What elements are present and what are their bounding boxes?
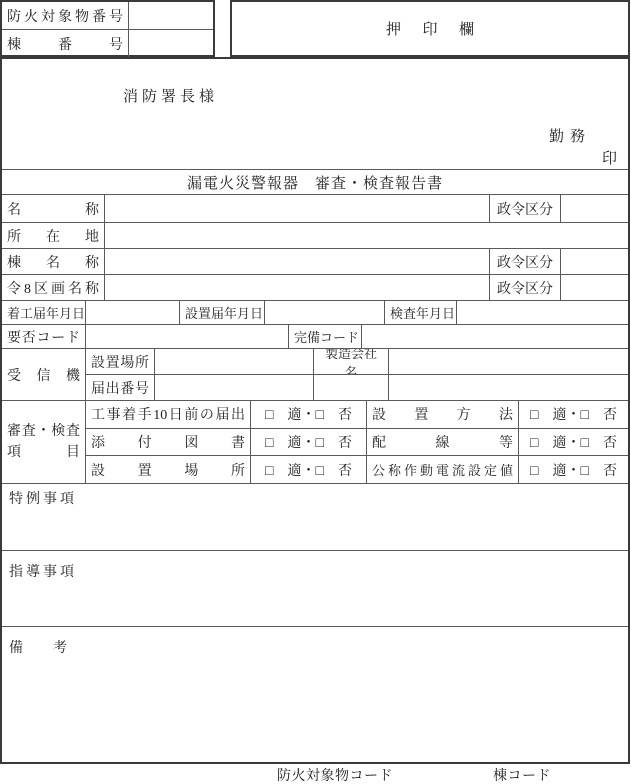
special-provisions-area[interactable]: 特例事項 bbox=[2, 483, 628, 550]
building-name-label-cell: 棟名称 bbox=[2, 249, 105, 274]
inspection-row-1: 工事着手10日前の届出 □ 適・□ 否 設置方法 □ 適・□ 否 bbox=[86, 401, 628, 428]
building-name-label: 棟名称 bbox=[7, 252, 99, 272]
construction-start-date-input[interactable] bbox=[86, 301, 180, 324]
object-number-table: 防火対象物番号 棟番号 bbox=[0, 0, 215, 57]
seal-stamp-area[interactable]: 押印欄 bbox=[230, 0, 630, 57]
item-rated-current-label-cell: 公称作動電流設定値 bbox=[367, 456, 519, 483]
codes-row: 要否コード 完備コード bbox=[2, 324, 628, 348]
building-number-row: 棟番号 bbox=[2, 29, 213, 57]
item-wiring-label: 配線等 bbox=[372, 432, 513, 452]
item-wiring-passfail[interactable]: □ 適・□ 否 bbox=[519, 429, 628, 456]
building-number-label: 棟番号 bbox=[7, 34, 123, 54]
gov-class-label-cell-1: 政令区分 bbox=[490, 195, 561, 222]
rei8-block-input[interactable] bbox=[105, 275, 490, 300]
item-wiring-label-cell: 配線等 bbox=[367, 429, 519, 456]
fire-object-code-label: 防火対象物コード bbox=[277, 765, 393, 784]
address-input[interactable] bbox=[105, 223, 628, 248]
building-number-label-cell: 棟番号 bbox=[2, 30, 129, 57]
gov-class-label-3: 政令区分 bbox=[497, 278, 553, 298]
necessity-code-label: 要否コード bbox=[7, 327, 80, 347]
completeness-code-label: 完備コード bbox=[294, 327, 356, 346]
rei8-block-label-cell: 令8区画名称 bbox=[2, 275, 105, 300]
necessity-code-label-cell: 要否コード bbox=[2, 325, 86, 348]
gov-class-input-2[interactable] bbox=[561, 249, 628, 274]
item-rated-current-passfail[interactable]: □ 適・□ 否 bbox=[519, 456, 628, 483]
inspection-section-label-cell: 審査・検査 項目 bbox=[2, 401, 86, 483]
receiver-subtable: 設置場所 製造会社名 届出番号 bbox=[86, 349, 628, 400]
inspection-items-grid: 工事着手10日前の届出 □ 適・□ 否 設置方法 □ 適・□ 否 添付図書 □ … bbox=[86, 401, 628, 483]
fire-object-number-label: 防火対象物番号 bbox=[7, 6, 123, 26]
guidance-items-label: 指導事項 bbox=[9, 561, 77, 581]
item-rated-current-label: 公称作動電流設定値 bbox=[372, 460, 513, 479]
name-label-cell: 名称 bbox=[2, 195, 105, 222]
receiver-extra-cell[interactable] bbox=[314, 375, 389, 400]
completeness-code-label-cell: 完備コード bbox=[289, 325, 362, 348]
completeness-code-input[interactable] bbox=[362, 325, 628, 348]
name-label: 名称 bbox=[7, 199, 99, 219]
report-no-label-cell: 届出番号 bbox=[86, 375, 155, 400]
fire-object-number-row: 防火対象物番号 bbox=[2, 2, 213, 29]
inspection-date-input[interactable] bbox=[457, 301, 628, 324]
item-attached-docs-passfail[interactable]: □ 適・□ 否 bbox=[251, 429, 367, 456]
report-no-label: 届出番号 bbox=[91, 378, 149, 398]
address-label-cell: 所在地 bbox=[2, 223, 105, 248]
install-place-input[interactable] bbox=[155, 349, 314, 374]
remarks-area[interactable]: 備考 bbox=[2, 626, 628, 762]
installation-report-label-cell: 設置届年月日 bbox=[180, 301, 265, 324]
item-attached-docs-label-cell: 添付図書 bbox=[86, 429, 251, 456]
address-row: 所在地 bbox=[2, 222, 628, 248]
inspection-date-label: 検査年月日 bbox=[390, 303, 451, 322]
receiver-section: 受信機 設置場所 製造会社名 届出番号 bbox=[2, 348, 628, 400]
guidance-items-area[interactable]: 指導事項 bbox=[2, 550, 628, 626]
name-row: 名称 政令区分 bbox=[2, 194, 628, 222]
building-number-input[interactable] bbox=[129, 30, 213, 57]
manufacturer-label-cell: 製造会社名 bbox=[314, 349, 389, 374]
necessity-code-input[interactable] bbox=[86, 325, 289, 348]
installation-report-date-input[interactable] bbox=[265, 301, 385, 324]
manufacturer-input[interactable] bbox=[389, 349, 628, 374]
item-notice-10days-passfail[interactable]: □ 適・□ 否 bbox=[251, 401, 367, 428]
address-label: 所在地 bbox=[7, 226, 99, 246]
item-install-place-label-cell: 設置場所 bbox=[86, 456, 251, 483]
item-install-place-passfail[interactable]: □ 適・□ 否 bbox=[251, 456, 367, 483]
construction-start-label: 着工届年月日 bbox=[7, 303, 80, 322]
fire-object-number-input[interactable] bbox=[129, 2, 213, 29]
duty-label: 勤務 bbox=[549, 125, 591, 146]
inspection-section-label-line1: 審査・検査 bbox=[7, 421, 80, 442]
name-input[interactable] bbox=[105, 195, 490, 222]
document-title-row: 漏電火災警報器 審査・検査報告書 bbox=[2, 169, 628, 194]
addressee-block: 消防署長様 勤務 印 bbox=[2, 59, 628, 169]
document-title: 漏電火災警報器 審査・検査報告書 bbox=[187, 172, 443, 193]
seal-box-title: 押印欄 bbox=[386, 18, 474, 39]
receiver-label-cell: 受信機 bbox=[2, 349, 86, 400]
gov-class-label-cell-3: 政令区分 bbox=[490, 275, 561, 300]
item-notice-10days-label-cell: 工事着手10日前の届出 bbox=[86, 401, 251, 428]
building-code-label: 棟コード bbox=[493, 765, 551, 784]
receiver-row-2: 届出番号 bbox=[86, 374, 628, 400]
construction-start-label-cell: 着工届年月日 bbox=[2, 301, 86, 324]
gov-class-label: 政令区分 bbox=[497, 199, 553, 219]
manufacturer-label: 製造会社名 bbox=[319, 349, 383, 374]
install-place-label-cell: 設置場所 bbox=[86, 349, 155, 374]
item-install-method-label: 設置方法 bbox=[372, 404, 513, 424]
installation-report-label: 設置届年月日 bbox=[185, 303, 259, 322]
item-attached-docs-label: 添付図書 bbox=[91, 432, 245, 452]
inspection-section-label-line2: 項目 bbox=[7, 442, 80, 463]
gov-class-input-3[interactable] bbox=[561, 275, 628, 300]
inspection-date-label-cell: 検査年月日 bbox=[385, 301, 457, 324]
gov-class-input-1[interactable] bbox=[561, 195, 628, 222]
rei8-block-label: 令8区画名称 bbox=[7, 278, 99, 298]
report-no-input[interactable] bbox=[155, 375, 314, 400]
special-provisions-label: 特例事項 bbox=[9, 488, 77, 508]
rei8-block-row: 令8区画名称 政令区分 bbox=[2, 274, 628, 300]
install-place-label: 設置場所 bbox=[91, 352, 149, 372]
item-notice-10days-label: 工事着手10日前の届出 bbox=[91, 404, 245, 424]
inspection-row-3: 設置場所 □ 適・□ 否 公称作動電流設定値 □ 適・□ 否 bbox=[86, 455, 628, 483]
gov-class-label-cell-2: 政令区分 bbox=[490, 249, 561, 274]
inspection-row-2: 添付図書 □ 適・□ 否 配線等 □ 適・□ 否 bbox=[86, 428, 628, 456]
fire-chief-addressee: 消防署長様 bbox=[123, 85, 218, 106]
receiver-row-1: 設置場所 製造会社名 bbox=[86, 349, 628, 374]
item-install-method-passfail[interactable]: □ 適・□ 否 bbox=[519, 401, 628, 428]
building-name-input[interactable] bbox=[105, 249, 490, 274]
fire-object-number-label-cell: 防火対象物番号 bbox=[2, 2, 129, 29]
seal-character: 印 bbox=[602, 147, 617, 168]
gov-class-label-2: 政令区分 bbox=[497, 252, 553, 272]
item-install-method-label-cell: 設置方法 bbox=[367, 401, 519, 428]
remarks-label: 備考 bbox=[9, 637, 67, 657]
dates-row: 着工届年月日 設置届年月日 検査年月日 bbox=[2, 300, 628, 324]
inspection-items-section: 審査・検査 項目 工事着手10日前の届出 □ 適・□ 否 設置方法 □ 適・□ … bbox=[2, 400, 628, 483]
building-name-row: 棟名称 政令区分 bbox=[2, 248, 628, 274]
main-form-table: 消防署長様 勤務 印 漏電火災警報器 審査・検査報告書 名称 政令区分 所在地 bbox=[0, 57, 630, 764]
inspection-report-form: 防火対象物番号 棟番号 押印欄 消防署長様 勤務 印 漏電火災警報器 審査・検査… bbox=[0, 0, 631, 784]
receiver-label: 受信機 bbox=[7, 365, 80, 385]
receiver-extra-input[interactable] bbox=[389, 375, 628, 400]
item-install-place-label: 設置場所 bbox=[91, 460, 245, 480]
